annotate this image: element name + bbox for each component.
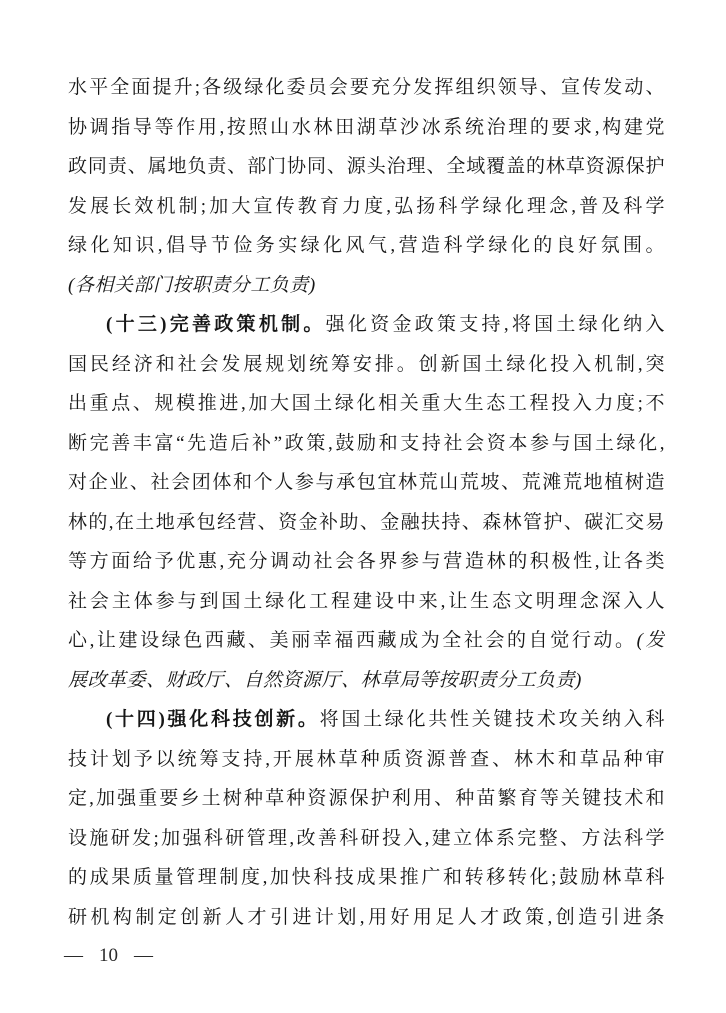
text-line: 定,加强重要乡土树种草种资源保护利用、种苗繁育等关键技术和 <box>68 779 665 819</box>
section-body-start: 强化资金政策支持,将国土绿化纳入 <box>326 314 665 335</box>
section-heading-14: (十四)强化科技创新。 <box>106 709 320 730</box>
attribution-start: (发 <box>637 630 665 651</box>
text-line: 国民经济和社会发展规划统筹安排。创新国土绿化投入机制,突 <box>68 345 665 385</box>
text-line: 的成果质量管理制度,加快科技成果推广和转移转化;鼓励林草科 <box>68 858 665 898</box>
text-body: 水平全面提升;各级绿化委员会要充分发挥组织领导、宣传发动、 协调指导等作用,按照… <box>68 68 665 937</box>
text-line: 出重点、规模推进,加大国土绿化相关重大生态工程投入力度;不 <box>68 384 665 424</box>
text-line: 发展长效机制;加大宣传教育力度,弘扬科学绿化理念,普及科学 <box>68 187 665 227</box>
section-line-13: (十三)完善政策机制。强化资金政策支持,将国土绿化纳入 <box>68 305 665 345</box>
document-page: 水平全面提升;各级绿化委员会要充分发挥组织领导、宣传发动、 协调指导等作用,按照… <box>0 0 726 1013</box>
text-line: 设施研发;加强科研管理,改善科研投入,建立体系完整、方法科学 <box>68 819 665 859</box>
text-line: 水平全面提升;各级绿化委员会要充分发挥组织领导、宣传发动、 <box>68 68 665 108</box>
footer-dash-right: — <box>134 944 153 968</box>
text-line: 社会主体参与到国土绿化工程建设中来,让生态文明理念深入人 <box>68 582 665 622</box>
text-line: 协调指导等作用,按照山水林田湖草沙冰系统治理的要求,构建党 <box>68 108 665 148</box>
attribution-line: 展改革委、财政厅、自然资源厅、林草局等按职责分工负责) <box>68 661 665 701</box>
text-line: 林的,在土地承包经营、资金补助、金融扶持、森林管护、碳汇交易 <box>68 503 665 543</box>
footer-dash-left: — <box>64 944 83 968</box>
page-number: 10 <box>99 944 118 968</box>
text-line: 断完善丰富“先造后补”政策,鼓励和支持社会资本参与国土绿化, <box>68 424 665 464</box>
attribution-line: (各相关部门按职责分工负责) <box>68 266 665 306</box>
text-line: 等方面给予优惠,充分调动社会各界参与营造林的积极性,让各类 <box>68 542 665 582</box>
text-line: 对企业、社会团体和个人参与承包宜林荒山荒坡、荒滩荒地植树造 <box>68 463 665 503</box>
text-line: 技计划予以统筹支持,开展林草种质资源普查、林木和草品种审 <box>68 740 665 780</box>
text-line: 政同责、属地负责、部门协同、源头治理、全域覆盖的林草资源保护 <box>68 147 665 187</box>
section-heading-13: (十三)完善政策机制。 <box>106 314 326 335</box>
mixed-line: 心,让建设绿色西藏、美丽幸福西藏成为全社会的自觉行动。(发 <box>68 621 665 661</box>
text-line: 绿化知识,倡导节俭务实绿化风气,营造科学绿化的良好氛围。 <box>68 226 665 266</box>
section-line-14: (十四)强化科技创新。将国土绿化共性关键技术攻关纳入科 <box>68 700 665 740</box>
page-footer: — 10 — <box>64 944 153 968</box>
text-segment: 心,让建设绿色西藏、美丽幸福西藏成为全社会的自觉行动。 <box>68 630 637 651</box>
section-body-start: 将国土绿化共性关键技术攻关纳入科 <box>320 709 665 730</box>
text-line: 研机构制定创新人才引进计划,用好用足人才政策,创造引进条 <box>68 898 665 938</box>
